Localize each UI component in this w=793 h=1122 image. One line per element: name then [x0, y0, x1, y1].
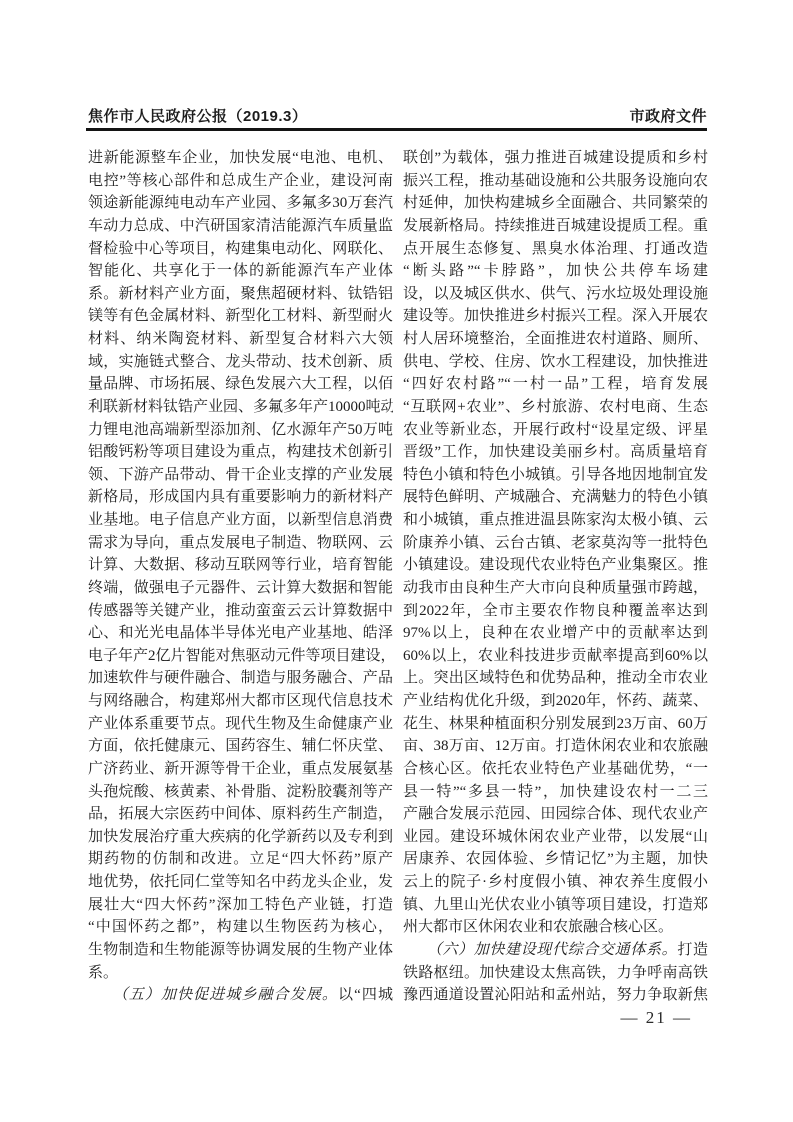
text-line: 亩、38万亩、12万亩。打造休闲农业和农旅融	[403, 735, 708, 758]
paragraph-text: 以“四城	[338, 987, 393, 1003]
text-line: 村延伸，加快构建城乡全面融合、共同繁荣的	[403, 192, 708, 215]
text-line: 材料、纳米陶瓷材料、新型复合材料六大领	[88, 328, 393, 351]
text-line: 领、下游产品带动、骨干企业支撑的产业发展	[88, 464, 393, 487]
text-line: 终端，做强电子元器件、云计算大数据和智能	[88, 577, 393, 600]
text-line: 到2022年，全市主要农作物良种覆盖率达到	[403, 600, 708, 623]
text-line: 业园。建设环城休闲农业产业带，以发展“山	[403, 826, 708, 849]
left-column: 进新能源整车企业，加快发展“电池、电机、电控”等核心部件和总成生产企业，建设河南…	[88, 147, 393, 1007]
text-line: 村人居环境整治，全面推进农村道路、厕所、	[403, 328, 708, 351]
text-line: （六）加快建设现代综合交通体系。打造	[403, 939, 708, 962]
text-line: 合核心区。依托农业特色产业基础优势，“一	[403, 758, 708, 781]
text-line: 阶康养小镇、云台古镇、老家莫沟等一批特色	[403, 532, 708, 555]
page-number: — 21 —	[88, 1008, 692, 1028]
paragraph-text: 打造	[677, 942, 708, 958]
text-line: 花生、林果种植面积分别发展到23万亩、60万	[403, 713, 708, 736]
text-line: 镇、九里山光伏农业小镇等项目建设，打造郑	[403, 894, 708, 917]
text-line: 计算、大数据、移动互联网等行业，培育智能	[88, 554, 393, 577]
text-line: 与网络融合，构建郑州大都市区现代信息技术	[88, 690, 393, 713]
text-line: 镁等有色金属材料、新型化工材料、新型耐火	[88, 305, 393, 328]
text-line: 产业体系重要节点。现代生物及生命健康产业	[88, 713, 393, 736]
text-line: 业基地。电子信息产业方面，以新型信息消费	[88, 509, 393, 532]
text-line: 60%以上，农业科技进步贡献率提高到60%以	[403, 645, 708, 668]
text-line: 铁路枢纽。加快建设太焦高铁，力争呼南高铁	[403, 962, 708, 985]
text-line: 电控”等核心部件和总成生产企业，建设河南	[88, 170, 393, 193]
header-divider	[86, 128, 707, 131]
text-line: 农业等新业态，开展行政村“设星定级、评星	[403, 419, 708, 442]
text-line: 新格局，形成国内具有重要影响力的新材料产	[88, 486, 393, 509]
text-line: 小镇建设。建设现代农业特色产业集聚区。推	[403, 554, 708, 577]
text-line: 利联新材料钛锆产业园、多氟多年产10000吨动	[88, 396, 393, 419]
text-line: 需求为导向，重点发展电子制造、物联网、云	[88, 532, 393, 555]
text-line: 晋级”工作，加快建设美丽乡村。高质量培育	[403, 441, 708, 464]
text-line: 域，实施链式整合、龙头带动、技术创新、质	[88, 351, 393, 374]
text-line: 发展新格局。持续推进百城建设提质工程。重	[403, 215, 708, 238]
text-line: 期药物的仿制和改进。立足“四大怀药”原产	[88, 848, 393, 871]
text-line: 供电、学校、住房、饮水工程建设，加快推进	[403, 351, 708, 374]
document-body: 进新能源整车企业，加快发展“电池、电机、电控”等核心部件和总成生产企业，建设河南…	[88, 147, 708, 1007]
text-line: 展特色鲜明、产城融合、充满魅力的特色小镇	[403, 486, 708, 509]
text-line: 特色小镇和特色小城镇。引导各地因地制宜发	[403, 464, 708, 487]
right-column: 联创”为载体，强力推进百城建设提质和乡村振兴工程，推动基础设施和公共服务设施向农…	[403, 147, 708, 1007]
text-line: 品，拓展大宗医药中间体、原料药生产制造，	[88, 803, 393, 826]
text-line: 力锂电池高端新型添加剂、亿水源年产50万吨	[88, 419, 393, 442]
text-line: 县一特”“多县一特”，加快建设农村一二三	[403, 781, 708, 804]
text-line: 督检验中心等项目，构建集电动化、网联化、	[88, 238, 393, 261]
text-line: 联创”为载体，强力推进百城建设提质和乡村	[403, 147, 708, 170]
page: 焦作市人民政府公报（2019.3） 市政府文件 进新能源整车企业，加快发展“电池…	[0, 0, 793, 1122]
text-line: 产融合发展示范园、田园综合体、现代农业产	[403, 803, 708, 826]
text-line: 居康养、农园体验、乡情记忆”为主题，加快	[403, 848, 708, 871]
text-line: “断头路”“卡脖路”，加快公共停车场建	[403, 260, 708, 283]
text-line: “互联网+农业”、乡村旅游、农村电商、生态	[403, 396, 708, 419]
text-line: 智能化、共享化于一体的新能源汽车产业体	[88, 260, 393, 283]
text-line: 进新能源整车企业，加快发展“电池、电机、	[88, 147, 393, 170]
text-line: 振兴工程，推动基础设施和公共服务设施向农	[403, 170, 708, 193]
text-line: 加快发展治疗重大疾病的化学新药以及专利到	[88, 826, 393, 849]
text-line: 生物制造和生物能源等协调发展的生物产业体	[88, 939, 393, 962]
text-line: 领途新能源纯电动车产业园、多氟多30万套汽	[88, 192, 393, 215]
text-line: 地优势，依托同仁堂等知名中药龙头企业，发	[88, 871, 393, 894]
text-line: 铝酸钙粉等项目建设为重点，构建技术创新引	[88, 441, 393, 464]
text-line: 心、和光光电晶体半导体光电产业基地、皓泽	[88, 622, 393, 645]
page-header: 焦作市人民政府公报（2019.3） 市政府文件	[88, 105, 707, 126]
text-line: 系。新材料产业方面，聚焦超硬材料、钛锆铝	[88, 283, 393, 306]
text-line: 点开展生态修复、黑臭水体治理、打通改造	[403, 238, 708, 261]
text-line: 和小城镇，重点推进温县陈家沟太极小镇、云	[403, 509, 708, 532]
text-line: 广济药业、新开源等骨干企业，重点发展氨基	[88, 758, 393, 781]
text-line: 州大都市区休闲农业和农旅融合核心区。	[403, 916, 708, 939]
paragraph-heading: （五）加快促进城乡融合发展。	[88, 987, 338, 1003]
text-line: 产业结构优化升级，到2020年，怀药、蔬菜、	[403, 690, 708, 713]
text-line: 传感器等关键产业，推动蛮蛮云云计算数据中	[88, 600, 393, 623]
text-line: 车动力总成、中汽研国家清洁能源汽车质量监	[88, 215, 393, 238]
text-line: 加速软件与硬件融合、制造与服务融合、产品	[88, 667, 393, 690]
text-line: 上。突出区域特色和优势品种，推动全市农业	[403, 667, 708, 690]
paragraph-heading: （六）加快建设现代综合交通体系。	[403, 942, 677, 958]
text-line: （五）加快促进城乡融合发展。以“四城	[88, 984, 393, 1007]
text-line: “四好农村路”“一村一品”工程，培育发展	[403, 373, 708, 396]
text-line: 方面，依托健康元、国药容生、辅仁怀庆堂、	[88, 735, 393, 758]
section-title: 市政府文件	[629, 105, 707, 126]
text-line: 头孢烷酸、核黄素、补骨脂、淀粉胶囊剂等产	[88, 781, 393, 804]
text-line: 豫西通道设置沁阳站和孟州站，努力争取新焦	[403, 984, 708, 1007]
text-line: 系。	[88, 962, 393, 985]
text-line: 电子年产2亿片智能对焦驱动元件等项目建设，	[88, 645, 393, 668]
text-line: 设，以及城区供水、供气、污水垃圾处理设施	[403, 283, 708, 306]
text-line: 云上的院子·乡村度假小镇、神农养生度假小	[403, 871, 708, 894]
text-line: 动我市由良种生产大市向良种质量强市跨越，	[403, 577, 708, 600]
text-line: 97%以上，良种在农业增产中的贡献率达到	[403, 622, 708, 645]
gazette-title: 焦作市人民政府公报（2019.3）	[88, 105, 307, 126]
text-line: “中国怀药之都”，构建以生物医药为核心，	[88, 916, 393, 939]
text-line: 量品牌、市场拓展、绿色发展六大工程，以佰	[88, 373, 393, 396]
text-line: 展壮大“四大怀药”深加工特色产业链，打造	[88, 894, 393, 917]
text-line: 建设等。加快推进乡村振兴工程。深入开展农	[403, 305, 708, 328]
